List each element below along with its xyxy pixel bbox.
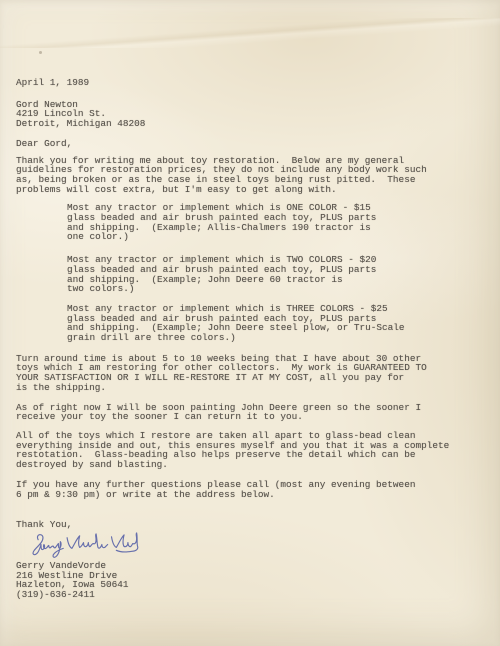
salutation: Dear Gord,: [16, 139, 486, 149]
contact-paragraph: If you have any further questions please…: [16, 480, 486, 499]
john-deere-paragraph: As of right now I will be soon painting …: [16, 403, 486, 422]
letter-page: April 1, 1989 Gord Newton 4219 Lincoln S…: [0, 0, 500, 646]
sender-address: Gerry VandeVorde 216 Westline Drive Hazl…: [16, 561, 486, 600]
turnaround-paragraph: Turn around time is about 5 to 10 weeks …: [16, 354, 486, 393]
paper-speck: [39, 51, 42, 54]
process-paragraph: All of the toys which I restore are take…: [16, 431, 486, 470]
paper-crease: [0, 18, 500, 48]
closing: Thank You,: [16, 520, 486, 530]
intro-paragraph: Thank you for writing me about toy resto…: [16, 156, 486, 195]
pricing-one-color: Most any tractor or implement which is O…: [67, 203, 486, 242]
signature-ink-icon: [28, 531, 140, 559]
signature: [28, 531, 486, 559]
letter-date: April 1, 1989: [16, 78, 486, 88]
letter-content: April 1, 1989 Gord Newton 4219 Lincoln S…: [16, 78, 486, 600]
pricing-three-colors: Most any tractor or implement which is T…: [67, 304, 486, 343]
recipient-address: Gord Newton 4219 Lincoln St. Detroit, Mi…: [16, 100, 486, 129]
pricing-two-colors: Most any tractor or implement which is T…: [67, 255, 486, 294]
